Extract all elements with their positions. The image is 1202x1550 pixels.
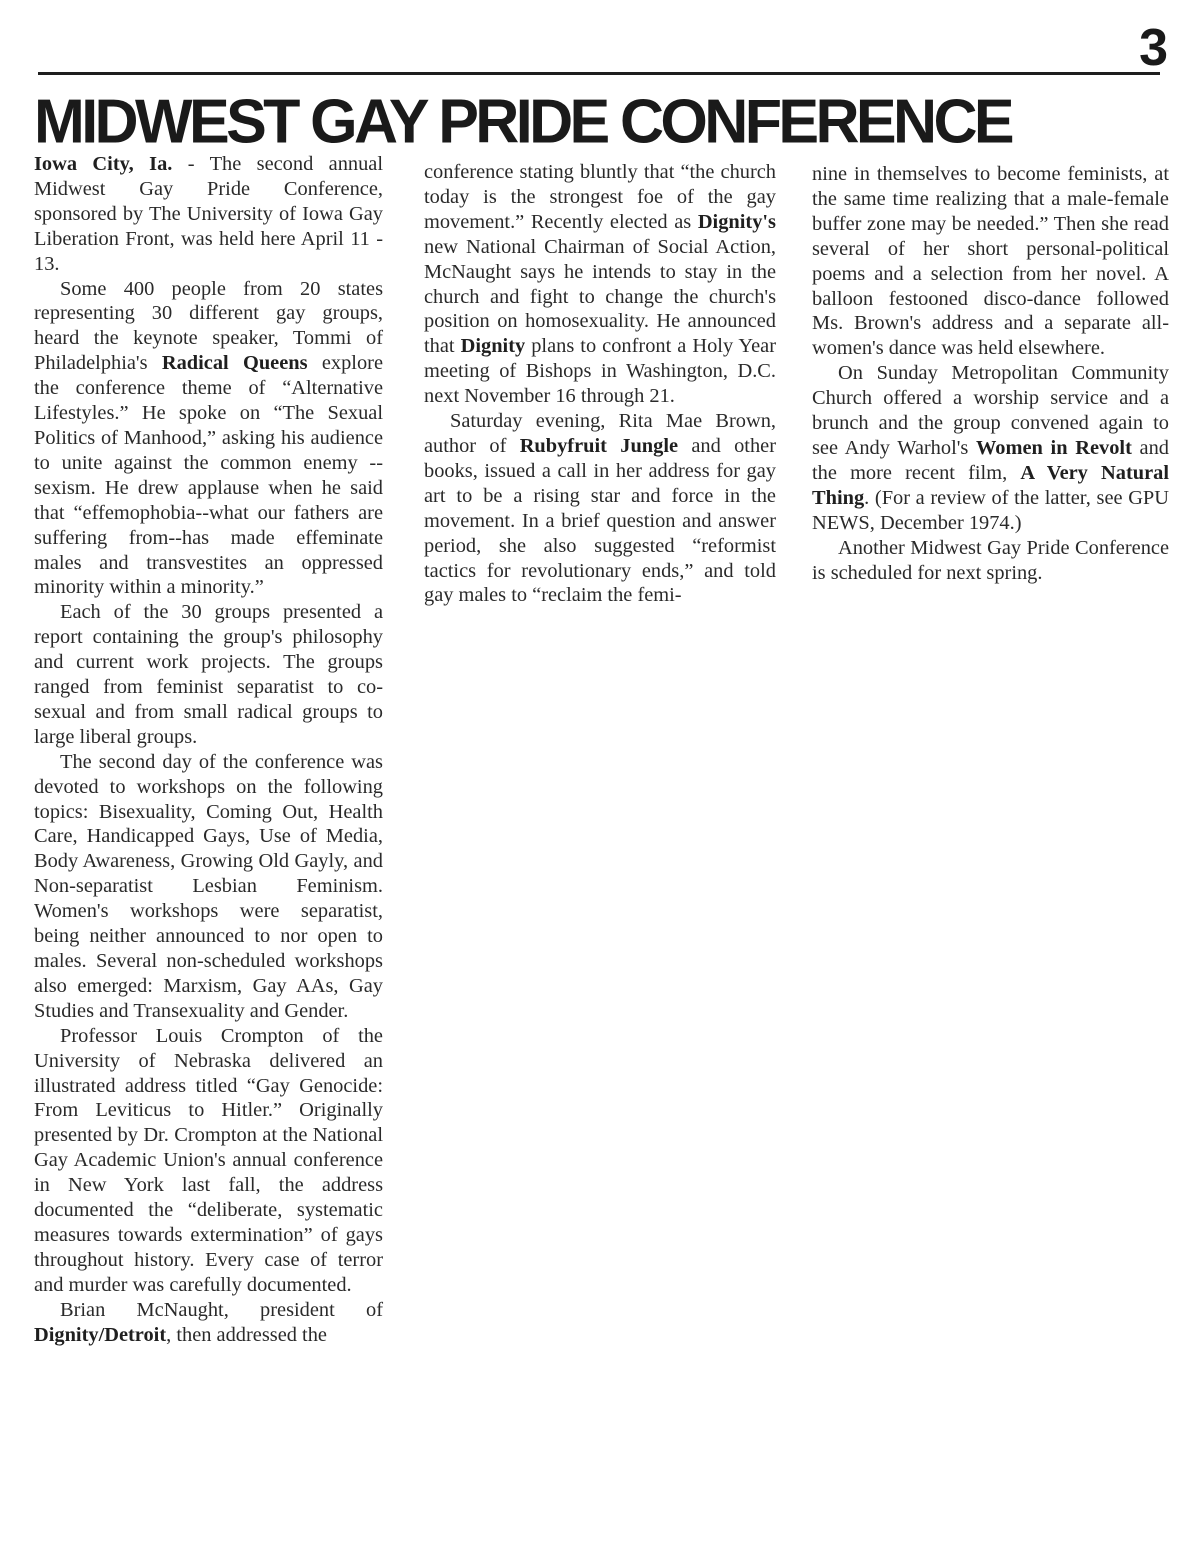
book-title: Rubyfruit Jungle: [520, 435, 678, 457]
paragraph: Some 400 people from 20 states represent…: [34, 277, 383, 601]
org-name: Dignity's: [698, 211, 776, 233]
paragraph: Another Midwest Gay Pride Conference is …: [812, 536, 1169, 586]
film-title: Women in Revolt: [976, 437, 1132, 459]
dateline: Iowa City, Ia.: [34, 153, 172, 175]
org-name: Radical Queens: [162, 352, 308, 374]
org-name: Dignity/Detroit: [34, 1324, 166, 1346]
header-rule: [38, 72, 1160, 75]
paragraph: nine in themselves to become feminists, …: [812, 162, 1169, 361]
paragraph: Saturday evening, Rita Mae Brown, author…: [424, 409, 776, 608]
paragraph: Brian McNaught, president of Dignity/Det…: [34, 1298, 383, 1348]
article-column-1: Iowa City, Ia. - The second annual Midwe…: [34, 152, 383, 1348]
headline: MIDWEST GAY PRIDE CONFERENCE: [34, 89, 1011, 152]
page-number: 3: [1118, 22, 1168, 74]
article-column-3: nine in themselves to become feminists, …: [812, 162, 1169, 585]
org-name: Dignity: [461, 335, 526, 357]
paragraph: Each of the 30 groups presented a report…: [34, 600, 383, 749]
paragraph: On Sunday Metropolitan Community Church …: [812, 361, 1169, 535]
paragraph: Iowa City, Ia. - The second annual Midwe…: [34, 152, 383, 277]
paragraph: Professor Louis Crompton of the Universi…: [34, 1024, 383, 1298]
paragraph: conference stating bluntly that “the chu…: [424, 160, 776, 409]
paragraph: The second day of the conference was dev…: [34, 750, 383, 1024]
article-column-2: conference stating bluntly that “the chu…: [424, 160, 776, 608]
